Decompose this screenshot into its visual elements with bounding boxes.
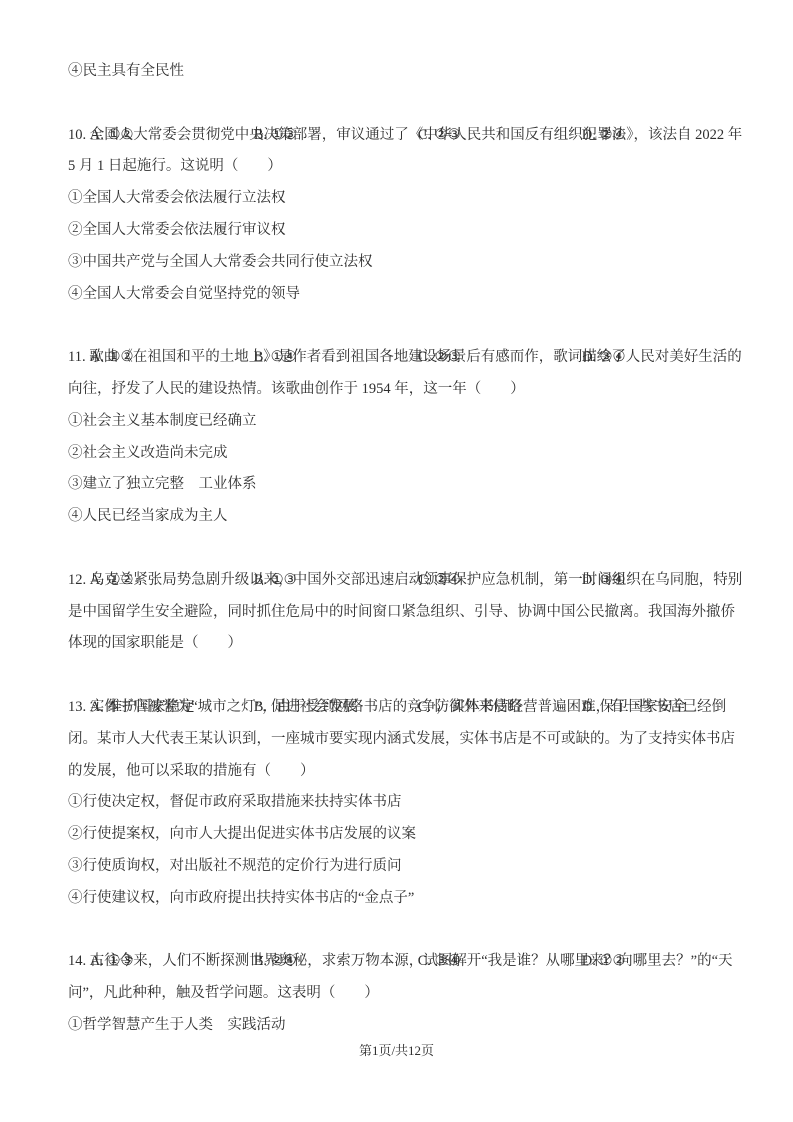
question-10-options-row: A. ①②B. ①④C. ②③D. ③④ <box>68 310 728 342</box>
question-13-item-1: ①行使决定权，督促市政府采取措施来扶持实体书店 <box>68 787 728 819</box>
question-13-item-2: ②行使提案权，向市人大提出促进实体书店发展的议案 <box>68 819 728 851</box>
question-11-stem-line-2: 向往，抒发了人民的建设热情。该歌曲创作于 1954 年，这一年（ ） <box>68 374 728 406</box>
question-10-item-1: ①全国人大常委会依法履行立法权 <box>68 183 728 215</box>
question-10-item-2: ②全国人大常委会依法履行审议权 <box>68 215 728 247</box>
question-14-stem-line-1: 14. 古往今来，人们不断探测世界奥秘，求索万物本源，试图解开“我是谁？从哪里来… <box>68 946 728 978</box>
question-13-stem-line-1: 13. 实体书店被誉为“城市之灯”，由于受到网络书店的竞争，实体书店经营普遍困难… <box>68 692 728 724</box>
question-10-stem-line-2: 5 月 1 日起施行。这说明（ ） <box>68 151 728 183</box>
page-number-footer: 第1页/共12页 <box>0 1041 793 1061</box>
exam-document-page: ④民主具有全民性 A. ①②B. ①③C. ②③D. ②④ 10. 全国人大常委… <box>0 0 793 1122</box>
question-9-item-4: ④民主具有全民性 <box>68 56 728 88</box>
question-13-item-4: ④行使建议权，向市政府提出扶持实体书店的“金点子” <box>68 883 728 915</box>
question-12-options-row: A. 维护国家稳定B. 促进社会发展C. 防御外来侵略D. 保卫国家安全 <box>68 660 728 692</box>
exam-content: ④民主具有全民性 A. ①②B. ①③C. ②③D. ②④ 10. 全国人大常委… <box>68 56 728 1042</box>
question-13-stem-line-2: 闭。某市人大代表王某认识到，一座城市要实现内涵式发展，实体书店是不可或缺的。为了… <box>68 724 728 756</box>
question-11-item-1: ①社会主义基本制度已经确立 <box>68 406 728 438</box>
question-11-item-4: ④人民已经当家成为主人 <box>68 501 728 533</box>
question-11-stem-line-1: 11. 歌曲《在祖国和平的土地上》是作者看到祖国各地建设场景后有感而作，歌词描绘… <box>68 342 728 374</box>
question-12-stem-line-1: 12. 乌克兰紧张局势急剧升级以来，中国外交部迅速启动领事保护应急机制，第一时间… <box>68 565 728 597</box>
question-13-stem-line-3: 的发展，他可以采取的措施有（ ） <box>68 756 728 788</box>
question-12-stem-line-2: 是中国留学生安全避险，同时抓住危局中的时间窗口紧急组织、引导、协调中国公民撤离。… <box>68 597 728 629</box>
question-10-stem-line-1: 10. 全国人大常委会贯彻党中央决策部署，审议通过了《中华人民共和国反有组织犯罪… <box>68 120 728 152</box>
question-11-item-2: ②社会主义改造尚未完成 <box>68 438 728 470</box>
question-13-options-row: A. ①③B. ②④C. ③④D. ①② <box>68 915 728 947</box>
question-9-options-row: A. ①②B. ①③C. ②③D. ②④ <box>68 88 728 120</box>
question-14-item-1: ①哲学智慧产生于人类 实践活动 <box>68 1010 728 1042</box>
question-10-item-4: ④全国人大常委会自觉坚持党的领导 <box>68 279 728 311</box>
question-13-item-3: ③行使质询权，对出版社不规范的定价行为进行质问 <box>68 851 728 883</box>
question-11-item-3: ③建立了独立完整 工业体系 <box>68 469 728 501</box>
question-11-options-row: A. ①②B. ①③C. ②④D. ③④ <box>68 533 728 565</box>
question-12-stem-line-3: 体现的国家职能是（ ） <box>68 628 728 660</box>
question-14-stem-line-2: 问”，凡此种种，触及哲学问题。这表明（ ） <box>68 978 728 1010</box>
question-10-item-3: ③中国共产党与全国人大常委会共同行使立法权 <box>68 247 728 279</box>
